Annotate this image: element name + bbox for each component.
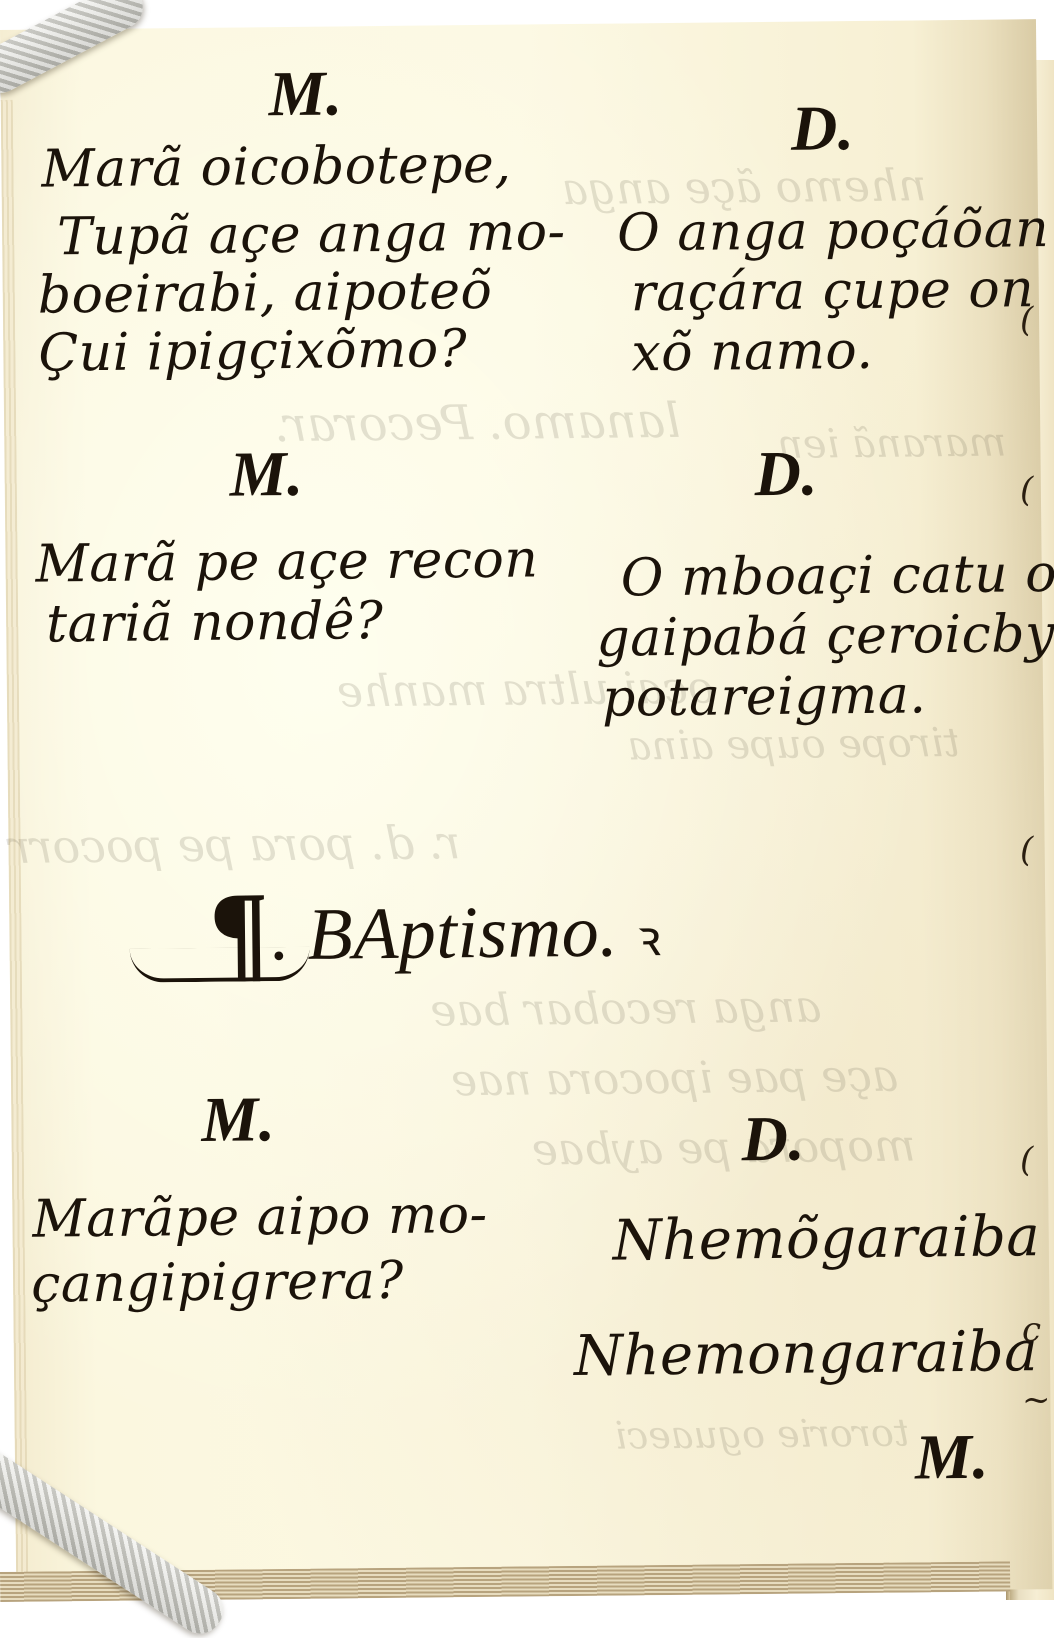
- speaker-label-master: M.: [268, 56, 343, 131]
- bleed-through-text: mopora pe aybae: [531, 1120, 915, 1175]
- text-line: Marã pe açe recon: [35, 529, 538, 594]
- speaker-label-disciple: D.: [791, 91, 855, 166]
- facing-page-fragment: (: [1020, 300, 1033, 340]
- text-line: potareigma.: [602, 665, 927, 728]
- facing-page-fragment: (: [1020, 470, 1033, 510]
- text-line: Marãpe aipo mo-: [32, 1185, 488, 1250]
- speaker-label-master: M.: [201, 1082, 276, 1157]
- text-line: Çui ipigçixõmo?: [38, 319, 467, 383]
- text-line: gaipabá çeroicby: [596, 604, 1054, 669]
- manuscript-scan: nhemo ãçe anga lanamo. Pecorar. maranã i…: [0, 0, 1054, 1638]
- catchword-speaker: M.: [915, 1420, 990, 1495]
- text-line: Tupã açe anga mo-: [57, 202, 566, 267]
- text-line: tariã nondê?: [46, 591, 384, 655]
- text-line: boeirabi, aipoteõ: [37, 261, 492, 326]
- facing-page-fragment: ~: [1022, 1380, 1051, 1420]
- text-line: Marã oicobotepe,: [41, 135, 511, 200]
- facing-page-fragment: c: [1022, 1310, 1041, 1350]
- speaker-label-master: M.: [229, 437, 304, 512]
- bleed-through-text: lanamo. Pecorar.: [274, 393, 681, 453]
- text-line: çangipigrera?: [31, 1251, 404, 1315]
- text-line: raçára çupe on: [630, 259, 1034, 323]
- flourish-mark: ꝛ: [637, 910, 662, 966]
- text-line: O mboaçi catu oan: [620, 543, 1054, 608]
- facing-page-fragment: (: [1020, 830, 1033, 870]
- text-line: xõ namo.: [631, 321, 874, 384]
- facing-page-fragment: (: [1020, 1140, 1033, 1180]
- bleed-through-text: açe pae ipocora nae: [451, 1051, 899, 1107]
- text-line: O anga poçáõan: [617, 199, 1050, 264]
- bleed-through-text: tororie oguaeci: [615, 1411, 910, 1458]
- manuscript-page: nhemo ãçe anga lanamo. Pecorar. maranã i…: [0, 19, 1052, 1600]
- text-line: Nhemongaraiba: [574, 1319, 1039, 1389]
- text-line: Nhemõgaraiba: [612, 1204, 1040, 1273]
- section-title: BAptismo.: [307, 891, 619, 976]
- speaker-label-disciple: D.: [754, 436, 818, 511]
- heading-flourish-stroke: [130, 947, 310, 983]
- page-edge-lines: [1, 100, 29, 1600]
- speaker-label-disciple: D.: [741, 1102, 805, 1177]
